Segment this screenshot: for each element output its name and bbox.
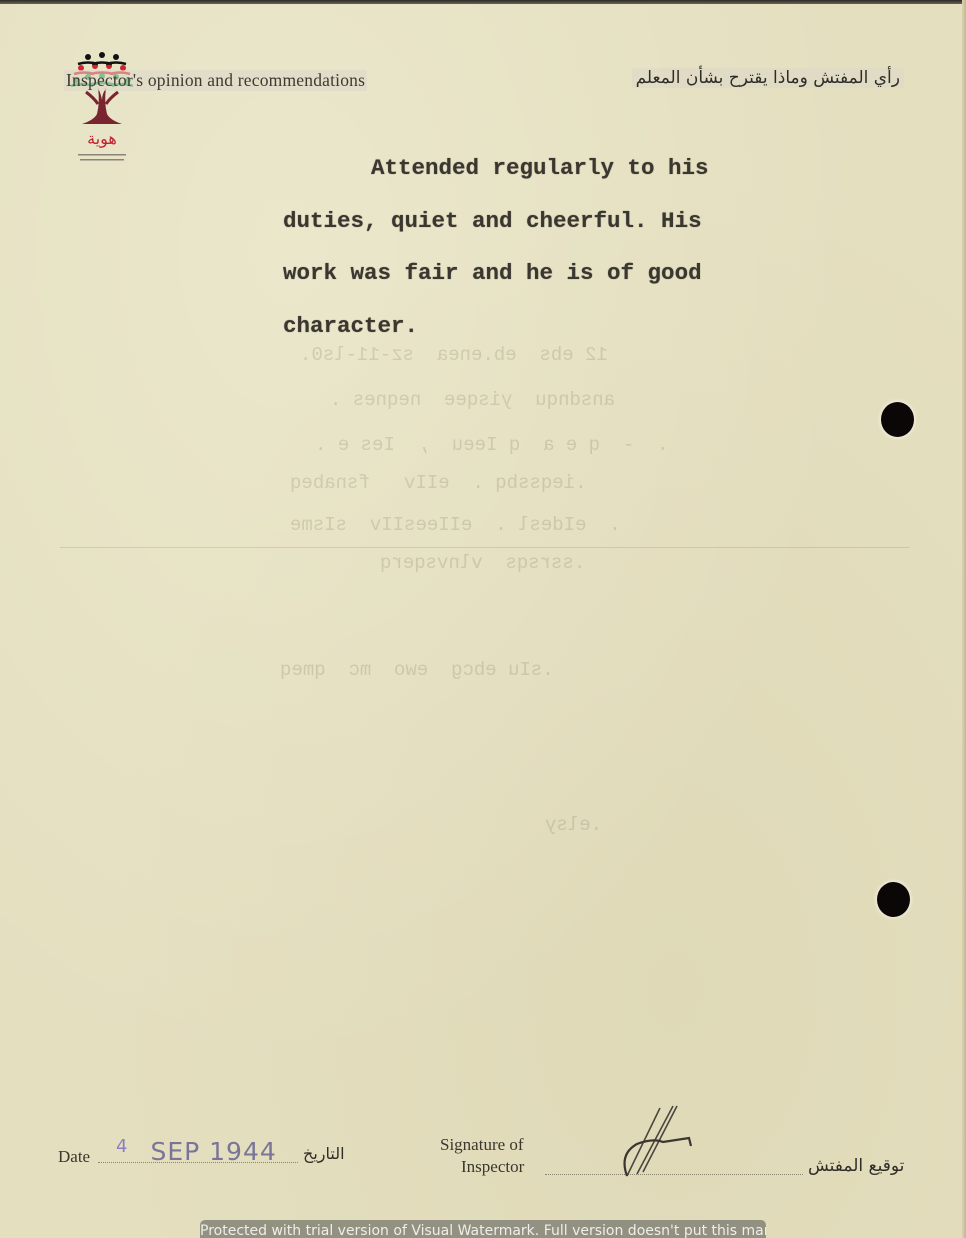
svg-text:هوية: هوية [87,129,117,149]
remarks-line-4: character. [283,300,763,353]
bleed-through-text: . - q e a q Ieeu , Ies e . [315,434,668,456]
punch-hole-icon [877,882,910,917]
bleed-through-text: .ssrsqs vlnvsqerq [380,552,585,574]
signature-label-line2: Inspector [440,1156,524,1178]
bleed-through-text: ansdnqu yisqee neqnes . [330,389,615,411]
bleed-through-text: .ieqssbq . eIIv fsnabeq [290,472,586,494]
date-stamp: 4SEP 1944 [116,1137,277,1166]
section-heading-en: Inspector's opinion and recommendations [64,70,367,91]
inspector-remarks: Attended regularly to his duties, quiet … [283,142,763,352]
bleed-through-text: . eIdesl . eIIeesIIv sIsme [290,514,621,536]
signature-label-line1: Signature of [440,1135,524,1154]
bleed-through-text: .sIu ebcg ewo mc qmeq [280,659,554,681]
date-label-ar: التاريخ [303,1144,345,1163]
bleed-through-rule [60,547,910,548]
date-month-year: SEP 1944 [150,1137,276,1166]
section-heading-ar: رأي المفتش وماذا يقترح بشأن المعلم [632,68,904,88]
signature-label: Signature of Inspector [440,1134,524,1178]
remarks-line-1: Attended regularly to his [283,142,763,195]
trial-watermark-banner: Protected with trial version of Visual W… [200,1220,766,1238]
scan-right-edge [962,0,966,1238]
signature-label-ar: توقيع المفتش [808,1156,904,1176]
remarks-line-3: work was fair and he is of good [283,247,763,300]
date-label: Date [58,1147,90,1167]
punch-hole-icon [881,402,914,437]
handwritten-signature-icon [615,1102,705,1182]
document-page: 12 ebs eb.enea sz-11-ls0. ansdnqu yisqee… [0,4,962,1238]
remarks-line-2: duties, quiet and cheerful. His [283,195,763,248]
bleed-through-text: .elsy [545,814,602,836]
date-day: 4 [116,1136,128,1157]
